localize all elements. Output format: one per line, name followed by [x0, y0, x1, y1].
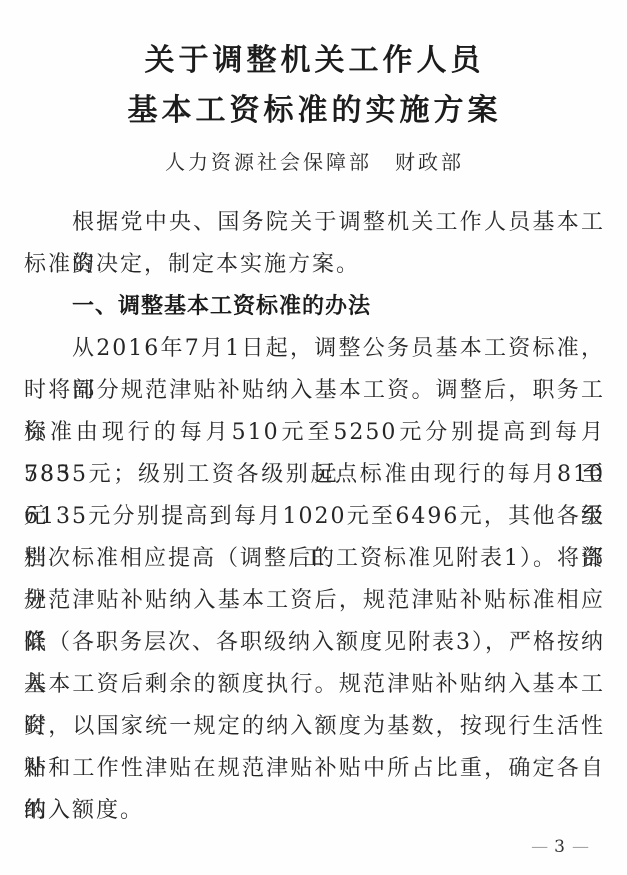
text-line: 6135元分别提高到每月1020元至6496元，其他各级别工资: [24, 496, 605, 538]
text-line: 从2016年7月1日起，调整公务员基本工资标准，同: [24, 328, 605, 370]
text-line: 标准的决定，制定本实施方案。: [24, 244, 605, 286]
text-line: 档次标准相应提高（调整后的工资标准见附表1）。将部分: [24, 538, 605, 580]
section-1-heading: 一、调整基本工资标准的办法: [24, 286, 605, 328]
text-line: 规范津贴补贴纳入基本工资后，规范津贴补贴标准相应降: [24, 580, 605, 622]
text-line: 根据党中央、国务院关于调整机关工作人员基本工资: [24, 202, 605, 244]
document-title: 关于调整机关工作人员 基本工资标准的实施方案: [24, 36, 605, 136]
text-line: 一、调整基本工资标准的办法: [24, 286, 605, 328]
text-line: 低（各职务层次、各职级纳入额度见附表3），严格按纳入: [24, 622, 605, 664]
page-number: —3—: [524, 837, 595, 857]
title-line-2: 基本工资标准的实施方案: [24, 86, 605, 136]
text-line: 时，以国家统一规定的纳入额度为基数，按现行生活性补: [24, 706, 605, 748]
title-line-1: 关于调整机关工作人员: [24, 36, 605, 86]
text-line: 标准由现行的每月510元至5250元分别提高到每月585元至: [24, 412, 605, 454]
text-line: 纳入额度。: [24, 790, 605, 832]
text-line: 时将部分规范津贴补贴纳入基本工资。调整后，职务工资: [24, 370, 605, 412]
document-page: 关于调整机关工作人员 基本工资标准的实施方案 人力资源社会保障部 财政部 根据党…: [0, 0, 627, 875]
text-line: 7835元；级别工资各级别起点标准由现行的每月810元至: [24, 454, 605, 496]
page-number-dash-right: —: [572, 837, 588, 857]
page-number-dash-left: —: [531, 837, 547, 857]
page-number-value: 3: [554, 837, 565, 857]
issuing-agencies: 人力资源社会保障部 财政部: [24, 148, 605, 176]
section-1-paragraph: 从2016年7月1日起，调整公务员基本工资标准，同时将部分规范津贴补贴纳入基本工…: [24, 328, 605, 832]
text-line: 贴和工作性津贴在规范津贴补贴中所占比重，确定各自的: [24, 748, 605, 790]
text-line: 基本工资后剩余的额度执行。规范津贴补贴纳入基本工资: [24, 664, 605, 706]
intro-paragraph: 根据党中央、国务院关于调整机关工作人员基本工资标准的决定，制定本实施方案。: [24, 202, 605, 286]
document-body: 根据党中央、国务院关于调整机关工作人员基本工资标准的决定，制定本实施方案。一、调…: [24, 202, 605, 832]
